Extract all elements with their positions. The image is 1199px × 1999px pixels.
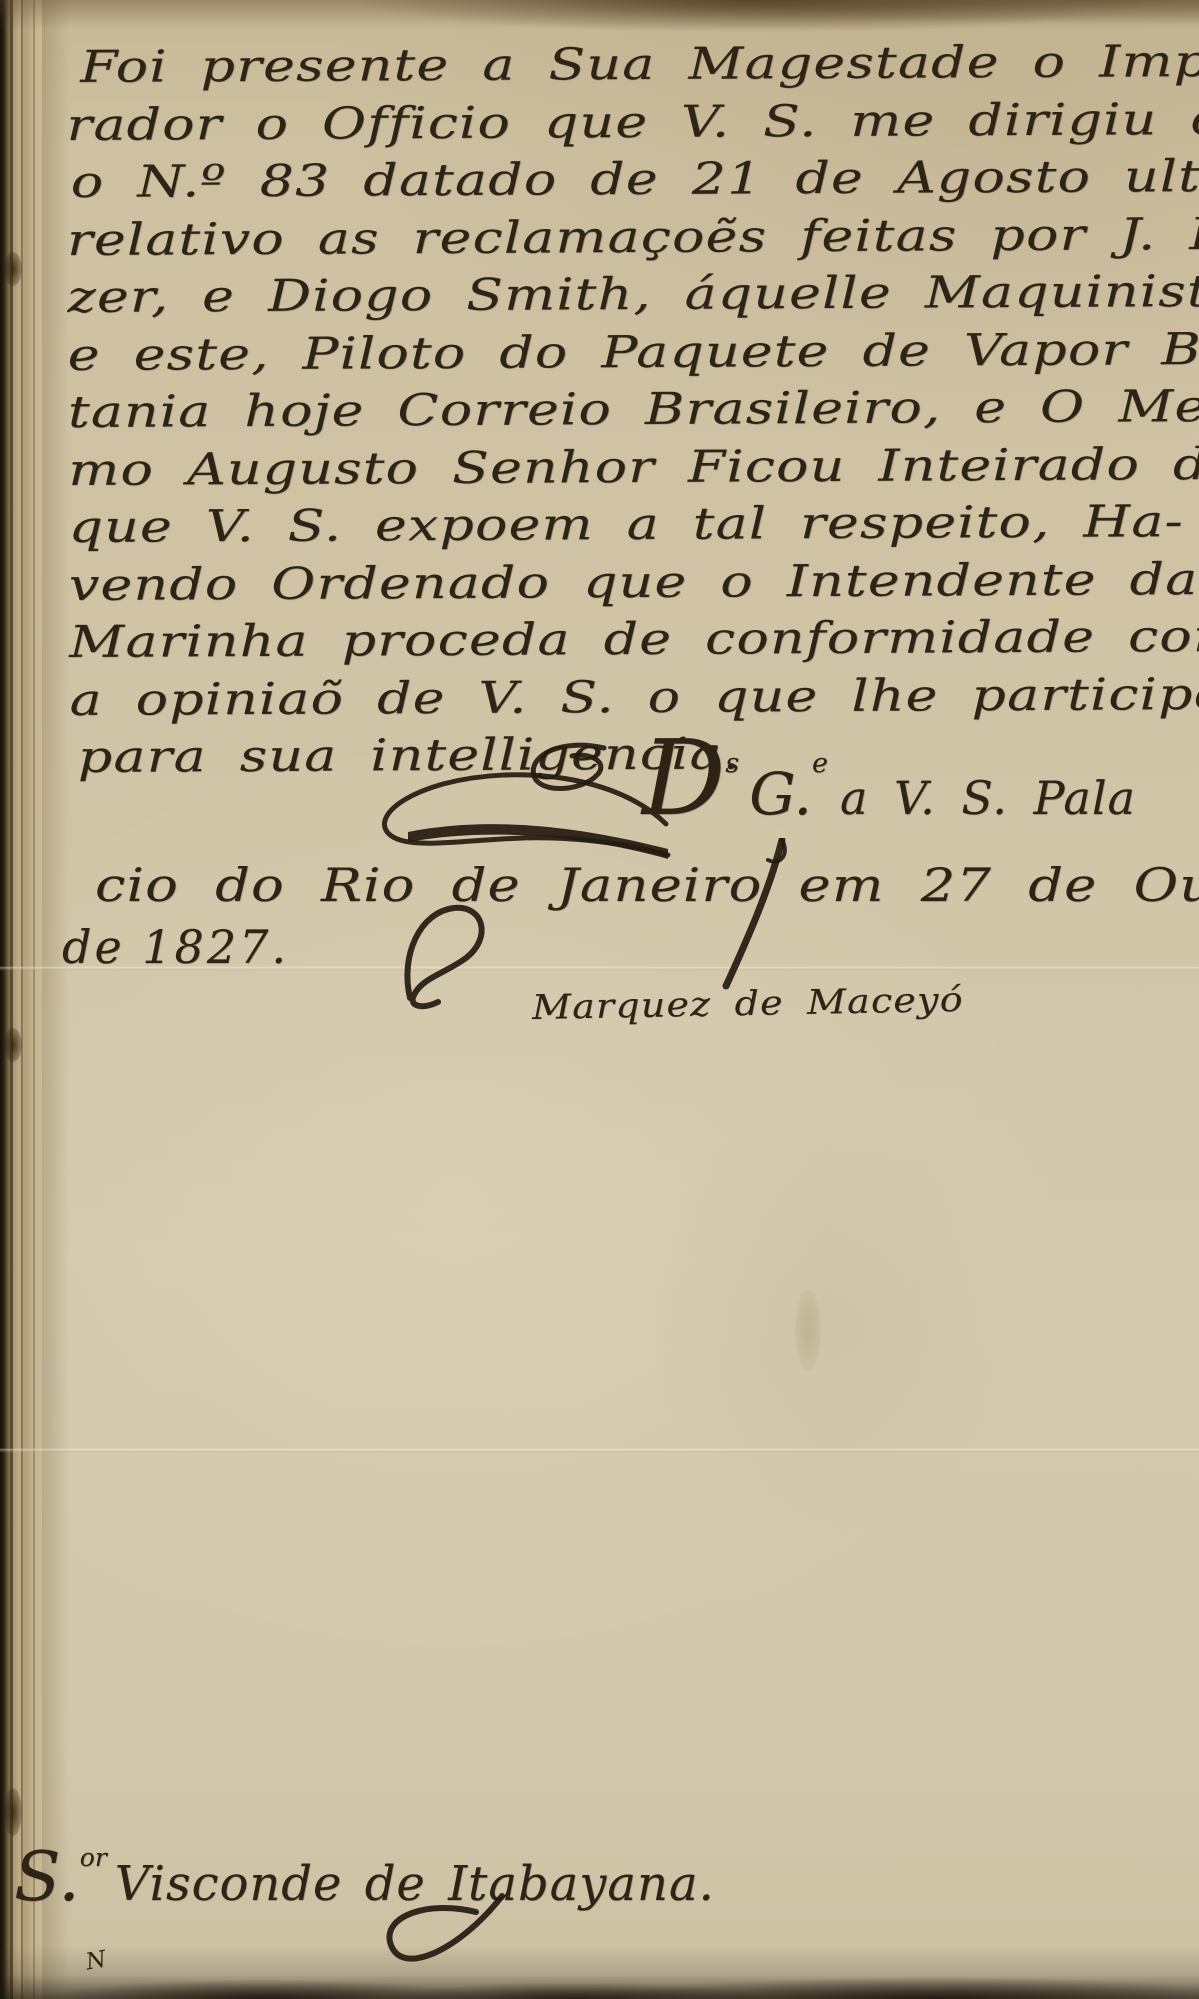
addressee-name: Visconde de Itabayana.	[115, 1856, 715, 1912]
manuscript-line-1: Foi presente a Sua Magestade o Impe-	[80, 32, 1199, 97]
closing-deus-sup: s	[725, 748, 739, 779]
manuscript-line-12: a opiniaõ de V. S. o que lhe participo	[69, 664, 1199, 729]
manuscript-line-10: vendo Ordenado que o Intendente da	[69, 549, 1199, 614]
pen-flourish-paraph	[392, 900, 512, 1010]
binding-stitch	[4, 1028, 22, 1062]
manuscript-page: Foi presente a Sua Magestade o Impe- rad…	[0, 0, 1199, 1999]
book-binding	[0, 0, 42, 1999]
binding-crease	[10, 0, 13, 1999]
binding-stitch	[4, 252, 22, 286]
addressee-line: S.orVisconde de Itabayana.	[14, 1838, 715, 1917]
addressee-honorific: S.	[14, 1838, 80, 1917]
signature: Marquez de Maceyó	[532, 980, 965, 1028]
closing-year-line: de 1827.	[62, 920, 289, 974]
closing-line-1: DsG.ea V. S. Pala	[642, 726, 1136, 830]
closing-guarde-abbr: G.	[749, 760, 812, 828]
manuscript-line-8: mo Augusto Senhor Ficou Inteirado do	[68, 434, 1199, 499]
binding-crease	[33, 0, 35, 1999]
closing-guarde-sup: e	[812, 748, 828, 779]
closing-place-date-line: cio do Rio de Janeiro em 27 de Outubro	[95, 858, 1199, 912]
manuscript-line-4: relativo as reclamaçoẽs feitas por J. Fr…	[67, 204, 1199, 269]
closing-deus-abbr: D	[642, 717, 725, 839]
binding-stitch	[4, 1788, 22, 1836]
manuscript-line-6: e este, Piloto do Paquete de Vapor Bri-	[68, 319, 1199, 384]
manuscript-line-7: tania hoje Correio Brasileiro, e O Mes-	[68, 377, 1199, 442]
manuscript-line-3: o N.º 83 datado de 21 de Agosto ultimo	[71, 147, 1199, 212]
letter-body: Foi presente a Sua Magestade o Impe- rad…	[66, 33, 1199, 786]
addressee-honorific-sup: or	[80, 1843, 107, 1872]
manuscript-line-9: que V. S. expoem a tal respeito, Ha-	[68, 492, 1199, 557]
margin-annotation: N	[84, 1946, 108, 1975]
closing-rest: a V. S. Pala	[840, 771, 1136, 825]
paper-smudge	[795, 1290, 821, 1370]
manuscript-line-11: Marinha proceda de conformidade com	[69, 607, 1199, 672]
manuscript-line-5: zer, e Diogo Smith, áquelle Maquinista	[67, 262, 1199, 327]
fold-crease	[0, 1448, 1199, 1453]
manuscript-line-2: rador o Officio que V. S. me dirigiu com	[66, 89, 1199, 154]
bottom-edge-stain	[0, 1945, 1199, 1999]
binding-crease	[21, 0, 23, 1999]
